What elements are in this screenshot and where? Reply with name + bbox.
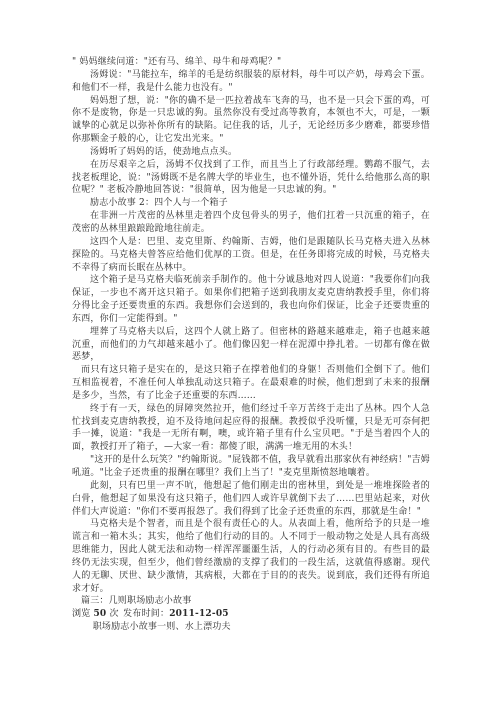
views-label: 浏览 bbox=[72, 609, 90, 619]
views-unit: 次 bbox=[109, 609, 118, 619]
paragraph: " 妈妈继续问道："还有马、绵羊、母牛和母鸡呢？" bbox=[72, 56, 430, 69]
publish-date: 2011-12-05 bbox=[169, 609, 229, 619]
paragraph: 汤姆听了妈妈的话，使劲地点点头。 bbox=[72, 146, 430, 159]
document-page: " 妈妈继续问道："还有马、绵羊、母牛和母鸡呢？"汤姆说："马能拉车，绵羊的毛是… bbox=[0, 0, 500, 708]
views-count: 50 bbox=[93, 609, 106, 619]
next-story-title: 职场励志小故事一则、水上漂功夫 bbox=[72, 621, 430, 634]
paragraph: 励志小故事 2：四个人与一个箱子 bbox=[72, 197, 430, 210]
paragraph: 而只有这只箱子是实在的，是这只箱子在撑着他们的身躯！否则他们全倒下了。他们互相监… bbox=[72, 364, 430, 403]
paragraph: 埋葬了马克格夫以后，这四个人就上路了。但密林的路越来越难走，箱子也越来越沉重，而… bbox=[72, 326, 430, 365]
document-body: " 妈妈继续问道："还有马、绵羊、母牛和母鸡呢？"汤姆说："马能拉车，绵羊的毛是… bbox=[72, 56, 430, 608]
paragraph: 马克格夫是个智者，而且是个很有责任心的人。从表面上看，他所给予的只是一堆谎言和一… bbox=[72, 518, 430, 595]
paragraph: 妈妈想了想，说："你的确不是一匹拉着战车飞奔的马，也不是一只会下蛋的鸡，可你不是… bbox=[72, 95, 430, 146]
paragraph: 此刻，只有巴里一声不吭，他想起了他们刚走出的密林里，到处是一堆堆探险者的白骨，他… bbox=[72, 480, 430, 519]
meta-line: 浏览 50 次发布时间：2011-12-05 bbox=[72, 608, 430, 621]
paragraph: 在非洲一片茂密的丛林里走着四个皮包骨头的男子，他们扛着一只沉重的箱子，在茂密的丛… bbox=[72, 210, 430, 236]
paragraph: 汤姆说："马能拉车，绵羊的毛是纺织服装的原材料，母牛可以产奶，母鸡会下蛋。和他们… bbox=[72, 69, 430, 95]
paragraph: 这四个人是：巴里、麦克里斯、约翰斯、吉姆，他们是跟随队长马克格夫进入丛林探险的。… bbox=[72, 236, 430, 275]
document-text-block: " 妈妈继续问道："还有马、绵羊、母牛和母鸡呢？"汤姆说："马能拉车，绵羊的毛是… bbox=[72, 56, 430, 634]
publish-label: 发布时间： bbox=[123, 609, 169, 619]
paragraph: 篇三：几则职场励志小故事 bbox=[72, 595, 430, 608]
paragraph: 在历尽艰辛之后，汤姆不仅找到了工作，而且当上了行政部经理。鹦鹉不服气，去找老板理… bbox=[72, 159, 430, 198]
paragraph: 终于有一天，绿色的屏障突然拉开，他们经过千辛万苦终于走出了丛林。四个人急忙找到麦… bbox=[72, 403, 430, 454]
paragraph: "这开的是什么玩笑？"约翰斯说。"屁钱都不值，我早就看出那家伙有神经病！"吉姆吼… bbox=[72, 454, 430, 480]
paragraph: 这个箱子是马克格夫临死前亲手制作的。他十分诚恳地对四人说道："我要你们向我保证，… bbox=[72, 274, 430, 325]
